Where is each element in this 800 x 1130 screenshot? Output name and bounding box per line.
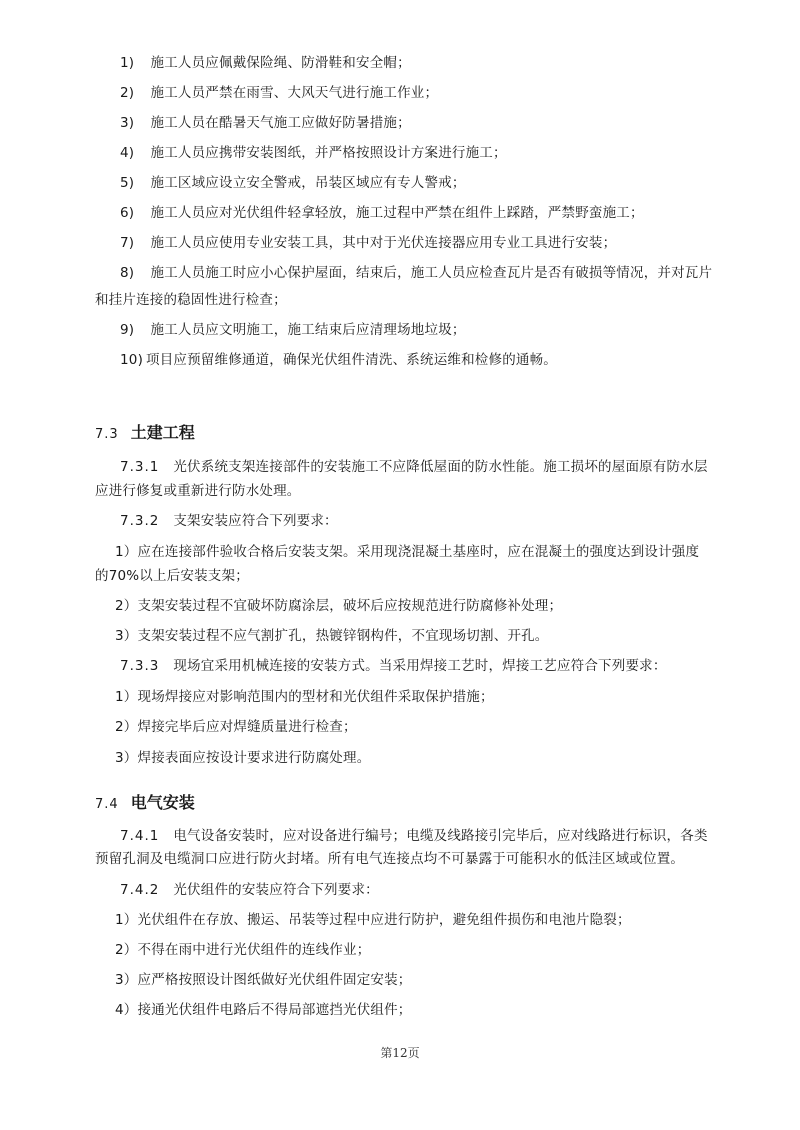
item-text: 施工人员严禁在雨雪、大风天气进行施工作业； xyxy=(151,85,439,101)
list-item: 3）应严格按照设计图纸做好光伏组件固定安装； xyxy=(115,971,412,989)
section-title: 土建工程 xyxy=(131,423,195,442)
list-item: 3）焊接表面应按设计要求进行防腐处理。 xyxy=(115,749,370,767)
clause-continuation: 预留孔洞及电缆洞口应进行防火封堵。所有电气连接点均不可暴露于可能积水的低洼区域或… xyxy=(95,850,684,868)
section-number: 7.4 xyxy=(95,797,119,812)
item-text: 施工人员应佩戴保险绳、防滑鞋和安全帽； xyxy=(151,55,411,71)
list-item: 6) 施工人员应对光伏组件轻拿轻放，施工过程中严禁在组件上踩踏，严禁野蛮施工； xyxy=(120,204,644,222)
list-item: 1）光伏组件在存放、搬运、吊装等过程中应进行防护，避免组件损伤和电池片隐裂； xyxy=(115,911,631,929)
item-text: 施工人员应文明施工，施工结束后应清理场地垃圾； xyxy=(151,322,466,338)
item-text: 施工人员应使用专业安装工具，其中对于光伏连接器应用专业工具进行安装； xyxy=(151,235,617,251)
document-page: 1) 施工人员应佩戴保险绳、防滑鞋和安全帽； 2) 施工人员严禁在雨雪、大风天气… xyxy=(0,0,800,1130)
list-item: 2）焊接完毕后应对焊缝质量进行检查； xyxy=(115,718,357,736)
item-text: 项目应预留维修通道，确保光伏组件清洗、系统运维和检修的通畅。 xyxy=(146,352,557,368)
clause-text: 光伏系统支架连接部件的安装施工不应降低屋面的防水性能。施工损坏的屋面原有防水层 xyxy=(173,459,707,475)
item-number: 1) xyxy=(120,54,146,72)
section-heading-7-3: 7.3土建工程 xyxy=(95,420,195,443)
list-item: 1）应在连接部件验收合格后安装支架。采用现浇混凝土基座时，应在混凝土的强度达到设… xyxy=(115,543,699,561)
list-item: 1) 施工人员应佩戴保险绳、防滑鞋和安全帽； xyxy=(120,54,411,72)
item-text: 施工人员施工时应小心保护屋面，结束后，施工人员应检查瓦片是否有破损等情况，并对瓦… xyxy=(151,265,713,281)
list-item-continuation: 和挂片连接的稳固性进行检查； xyxy=(95,291,287,309)
clause-text: 现场宜采用机械连接的安装方式。当采用焊接工艺时，焊接工艺应符合下列要求： xyxy=(173,658,666,674)
list-item: 2）支架安装过程不宜破坏防腐涂层，破坏后应按规范进行防腐修补处理； xyxy=(115,597,562,615)
clause-text: 电气设备安装时，应对设备进行编号；电缆及线路接引完毕后，应对线路进行标识，各类 xyxy=(173,828,707,844)
item-number: 9) xyxy=(120,321,146,339)
list-item: 7) 施工人员应使用专业安装工具，其中对于光伏连接器应用专业工具进行安装； xyxy=(120,234,616,252)
list-item: 2）不得在雨中进行光伏组件的连线作业； xyxy=(115,941,370,959)
clause-number: 7.3.2 xyxy=(120,513,159,529)
item-number: 8) xyxy=(120,264,146,282)
list-item-continuation: 的70%以上后安装支架； xyxy=(95,567,249,585)
item-number: 7) xyxy=(120,234,146,252)
clause-text: 光伏组件的安装应符合下列要求： xyxy=(173,882,379,898)
clause-7-4-2: 7.4.2光伏组件的安装应符合下列要求： xyxy=(120,881,379,899)
section-heading-7-4: 7.4电气安装 xyxy=(95,790,195,813)
page-number: 第12页 xyxy=(0,1044,800,1061)
clause-number: 7.3.1 xyxy=(120,459,159,475)
list-item: 4）接通光伏组件电路后不得局部遮挡光伏组件； xyxy=(115,1001,412,1019)
clause-continuation: 应进行修复或重新进行防水处理。 xyxy=(95,482,301,500)
item-text: 施工人员应对光伏组件轻拿轻放，施工过程中严禁在组件上踩踏，严禁野蛮施工； xyxy=(151,205,644,221)
clause-number: 7.4.1 xyxy=(120,828,159,844)
clause-number: 7.3.3 xyxy=(120,658,159,674)
list-item: 10)项目应预留维修通道，确保光伏组件清洗、系统运维和检修的通畅。 xyxy=(120,351,557,369)
item-text: 施工人员在酷暑天气施工应做好防暑措施； xyxy=(151,115,411,131)
item-number: 4) xyxy=(120,144,146,162)
item-number: 2) xyxy=(120,84,146,102)
item-number: 3) xyxy=(120,114,146,132)
item-number: 6) xyxy=(120,204,146,222)
clause-text: 支架安装应符合下列要求： xyxy=(173,513,337,529)
list-item: 9) 施工人员应文明施工，施工结束后应清理场地垃圾； xyxy=(120,321,466,339)
clause-7-3-3: 7.3.3现场宜采用机械连接的安装方式。当采用焊接工艺时，焊接工艺应符合下列要求… xyxy=(120,657,667,675)
list-item: 4) 施工人员应携带安装图纸，并严格按照设计方案进行施工； xyxy=(120,144,507,162)
list-item: 5) 施工区域应设立安全警戒，吊装区域应有专人警戒； xyxy=(120,174,466,192)
clause-number: 7.4.2 xyxy=(120,882,159,898)
item-number: 10) xyxy=(120,351,146,369)
list-item: 1）现场焊接应对影响范围内的型材和光伏组件采取保护措施； xyxy=(115,688,494,706)
list-item: 8) 施工人员施工时应小心保护屋面，结束后，施工人员应检查瓦片是否有破损等情况，… xyxy=(120,264,712,282)
item-text: 施工人员应携带安装图纸，并严格按照设计方案进行施工； xyxy=(151,145,507,161)
section-title: 电气安装 xyxy=(131,793,195,812)
item-number: 5) xyxy=(120,174,146,192)
section-number: 7.3 xyxy=(95,427,119,442)
list-item: 3) 施工人员在酷暑天气施工应做好防暑措施； xyxy=(120,114,411,132)
item-text: 施工区域应设立安全警戒，吊装区域应有专人警戒； xyxy=(151,175,466,191)
list-item: 3）支架安装过程不应气割扩孔，热镀锌钢构件，不宜现场切割、开孔。 xyxy=(115,627,549,645)
clause-7-3-2: 7.3.2支架安装应符合下列要求： xyxy=(120,512,338,530)
clause-7-4-1: 7.4.1电气设备安装时，应对设备进行编号；电缆及线路接引完毕后，应对线路进行标… xyxy=(120,827,708,845)
list-item: 2) 施工人员严禁在雨雪、大风天气进行施工作业； xyxy=(120,84,438,102)
clause-7-3-1: 7.3.1光伏系统支架连接部件的安装施工不应降低屋面的防水性能。施工损坏的屋面原… xyxy=(120,458,708,476)
